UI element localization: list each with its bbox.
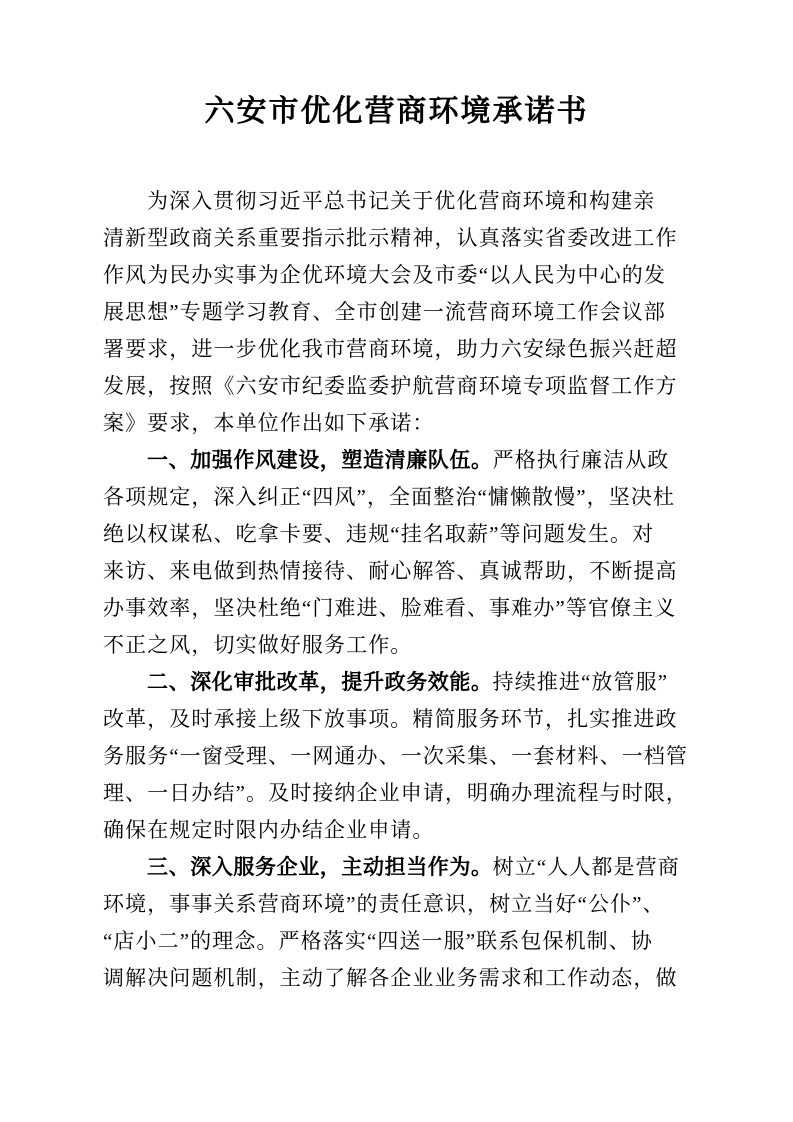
body-line: 案》要求，本单位作出如下承诺：: [103, 405, 685, 442]
body-line: 一、加强作风建设，塑造清廉队伍。严格执行廉洁从政: [103, 442, 685, 479]
section-heading: 二、深化审批改革，提升政务效能。: [147, 671, 493, 694]
body-line: 展思想”专题学习教育、全市创建一流营商环境工作会议部: [103, 294, 685, 331]
line-text: 调解决问题机制，主动了解各企业业务需求和工作动态，做: [103, 966, 678, 990]
body-line: 署要求，进一步优化我市营商环境，助力六安绿色振兴赶超: [103, 331, 685, 368]
line-text: 不正之风，切实做好服务工作。: [103, 633, 412, 657]
body-line: 为深入贯彻习近平总书记关于优化营商环境和构建亲: [103, 183, 685, 220]
body-line: “店小二”的理念。严格落实“四送一服”联系包保机制、协: [103, 923, 685, 960]
document-title: 六安市优化营商环境承诺书: [0, 93, 793, 131]
line-text: 理、一日办结”。及时接纳企业申请，明确办理流程与时限，: [103, 781, 688, 805]
line-text: 案》要求，本单位作出如下承诺：: [103, 411, 435, 435]
line-text: 环境，事事关系营商环境”的责任意识，树立当好“公仆”、: [103, 892, 665, 916]
body-line: 改革，及时承接上级下放事项。精简服务环节，扎实推进政: [103, 701, 685, 738]
body-line: 清新型政商关系重要指示批示精神，认真落实省委改进工作: [103, 220, 685, 257]
section-heading: 三、深入服务企业，主动担当作为。: [147, 856, 493, 879]
body-line: 二、深化审批改革，提升政务效能。持续推进“放管服”: [103, 664, 685, 701]
line-text: 树立“人人都是营商: [493, 855, 680, 879]
body-line: 调解决问题机制，主动了解各企业业务需求和工作动态，做: [103, 960, 685, 997]
document-body: 为深入贯彻习近平总书记关于优化营商环境和构建亲清新型政商关系重要指示批示精神，认…: [103, 183, 685, 997]
body-line: 绝以权谋私、吃拿卡要、违规“挂名取薪”等问题发生。对: [103, 516, 685, 553]
line-text: 署要求，进一步优化我市营商环境，助力六安绿色振兴赶超: [103, 337, 678, 361]
document-page: 六安市优化营商环境承诺书 为深入贯彻习近平总书记关于优化营商环境和构建亲清新型政…: [0, 0, 793, 1122]
line-text: 绝以权谋私、吃拿卡要、违规“挂名取薪”等问题发生。对: [103, 522, 654, 546]
body-line: 三、深入服务企业，主动担当作为。树立“人人都是营商: [103, 849, 685, 886]
line-text: 严格执行廉洁从政: [493, 448, 670, 472]
line-text: 清新型政商关系重要指示批示精神，认真落实省委改进工作: [103, 226, 678, 250]
body-line: 不正之风，切实做好服务工作。: [103, 627, 685, 664]
line-text: “店小二”的理念。严格落实“四送一服”联系包保机制、协: [103, 929, 653, 953]
line-text: 来访、来电做到热情接待、耐心解答、真诚帮助，不断提高: [103, 559, 678, 583]
line-text: 作风为民办实事为企优环境大会及市委“以人民为中心的发: [103, 263, 666, 287]
body-line: 办事效率，坚决杜绝“门难进、脸难看、事难办”等官僚主义: [103, 590, 685, 627]
section-heading: 一、加强作风建设，塑造清廉队伍。: [147, 449, 493, 472]
line-text: 为深入贯彻习近平总书记关于优化营商环境和构建亲: [147, 189, 655, 213]
body-line: 来访、来电做到热情接待、耐心解答、真诚帮助，不断提高: [103, 553, 685, 590]
line-text: 改革，及时承接上级下放事项。精简服务环节，扎实推进政: [103, 707, 678, 731]
line-text: 展思想”专题学习教育、全市创建一流营商环境工作会议部: [103, 300, 666, 324]
body-line: 理、一日办结”。及时接纳企业申请，明确办理流程与时限，: [103, 775, 685, 812]
line-text: 各项规定，深入纠正“四风”，全面整治“慵懒散慢”，坚决杜: [103, 485, 675, 509]
line-text: 确保在规定时限内办结企业申请。: [103, 818, 435, 842]
body-line: 作风为民办实事为企优环境大会及市委“以人民为中心的发: [103, 257, 685, 294]
body-line: 发展，按照《六安市纪委监委护航营商环境专项监督工作方: [103, 368, 685, 405]
line-text: 持续推进“放管服”: [493, 670, 669, 694]
body-line: 务服务“一窗受理、一网通办、一次采集、一套材料、一档管: [103, 738, 685, 775]
body-line: 环境，事事关系营商环境”的责任意识，树立当好“公仆”、: [103, 886, 685, 923]
line-text: 办事效率，坚决杜绝“门难进、脸难看、事难办”等官僚主义: [103, 596, 676, 620]
line-text: 务服务“一窗受理、一网通办、一次采集、一套材料、一档管: [103, 744, 688, 768]
body-line: 确保在规定时限内办结企业申请。: [103, 812, 685, 849]
line-text: 发展，按照《六安市纪委监委护航营商环境专项监督工作方: [103, 374, 678, 398]
body-line: 各项规定，深入纠正“四风”，全面整治“慵懒散慢”，坚决杜: [103, 479, 685, 516]
